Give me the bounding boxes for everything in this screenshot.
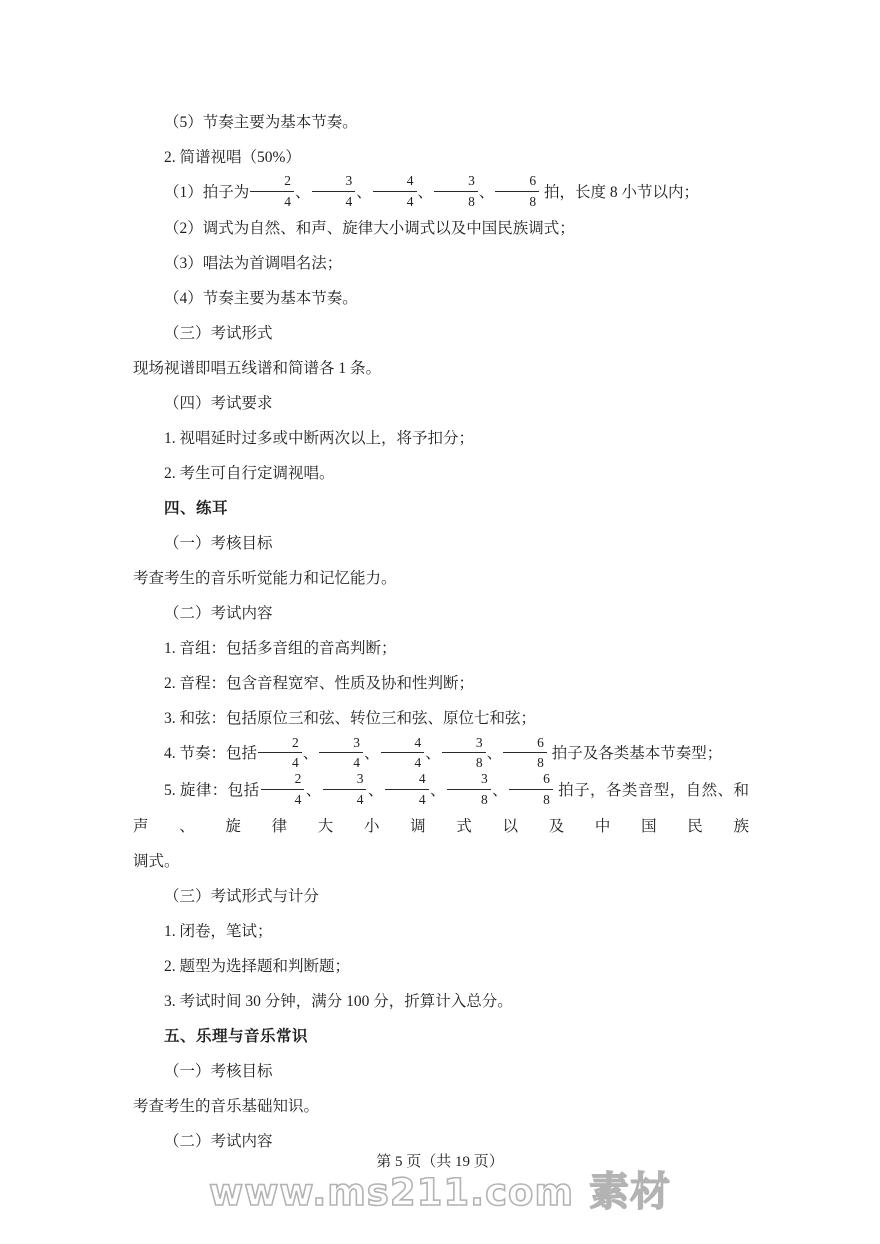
fraction-denominator: 4 (258, 753, 302, 771)
doc-paragraph: 1. 视唱延时过多或中断两次以上，将予扣分； (133, 421, 749, 456)
doc-paragraph: 5. 旋律：包括24、34、44、38、68 拍子，各类音型，自然、和声、旋律大… (133, 773, 749, 844)
doc-paragraph: 2. 音程：包含音程宽窄、性质及协和性判断； (133, 666, 749, 701)
text-segment: 、 (295, 184, 311, 201)
meter-fraction: 44 (373, 173, 417, 209)
text-segment: （一）考核目标 (164, 535, 273, 552)
fraction-denominator: 8 (503, 753, 547, 771)
text-segment: （5）节奏主要为基本节奏。 (164, 114, 358, 131)
text-segment: 考查考生的音乐听觉能力和记忆能力。 (133, 570, 397, 587)
text-segment: 2. 题型为选择题和判断题； (164, 958, 350, 975)
document-body: （5）节奏主要为基本节奏。2. 简谱视唱（50%）（1）拍子为24、34、44、… (133, 105, 749, 1159)
section-heading: 四、练耳 (133, 491, 749, 526)
meter-fraction: 44 (381, 735, 425, 771)
fraction-numerator: 2 (261, 771, 305, 790)
meter-fraction: 34 (323, 771, 367, 807)
doc-paragraph: （2）调式为自然、和声、旋律大小调式以及中国民族调式； (133, 211, 749, 246)
meter-fraction: 44 (385, 771, 429, 807)
fraction-denominator: 8 (509, 790, 553, 808)
text-segment: 3. 考试时间 30 分钟，满分 100 分，折算计入总分。 (164, 993, 513, 1010)
doc-paragraph: 2. 简谱视唱（50%） (133, 140, 749, 175)
doc-paragraph: 3. 考试时间 30 分钟，满分 100 分，折算计入总分。 (133, 984, 749, 1019)
text-segment: 1. 闭卷，笔试； (164, 923, 273, 940)
text-segment: 、 (479, 184, 495, 201)
text-segment: （三）考试形式 (164, 325, 273, 342)
fraction-denominator: 4 (250, 192, 294, 210)
fraction-numerator: 4 (381, 735, 425, 754)
text-segment: 1. 视唱延时过多或中断两次以上，将予扣分； (164, 430, 474, 447)
meter-fraction: 38 (447, 771, 491, 807)
fraction-numerator: 6 (503, 735, 547, 754)
text-segment: 、 (425, 745, 441, 762)
doc-paragraph: 2. 考生可自行定调视唱。 (133, 456, 749, 491)
doc-paragraph: 考查考生的音乐基础知识。 (133, 1089, 749, 1124)
fraction-denominator: 4 (373, 192, 417, 210)
text-segment: 拍子及各类基本节奏型； (548, 745, 722, 762)
meter-fraction: 38 (442, 735, 486, 771)
fraction-numerator: 6 (495, 173, 539, 192)
fraction-numerator: 3 (447, 771, 491, 790)
text-segment: 3. 和弦：包括原位三和弦、转位三和弦、原位七和弦； (164, 710, 536, 727)
doc-paragraph: （三）考试形式 (133, 316, 749, 351)
meter-fraction: 38 (434, 173, 478, 209)
fraction-denominator: 8 (442, 753, 486, 771)
text-segment: 、 (487, 745, 503, 762)
fraction-numerator: 3 (312, 173, 356, 192)
doc-paragraph: （5）节奏主要为基本节奏。 (133, 105, 749, 140)
text-segment: 、 (367, 782, 383, 799)
doc-paragraph: 现场视谱即唱五线谱和简谱各 1 条。 (133, 351, 749, 386)
meter-fraction: 34 (312, 173, 356, 209)
text-segment: 5. 旋律：包括 (164, 782, 260, 799)
text-segment: （3）唱法为首调唱名法； (164, 255, 342, 272)
text-segment: 、 (430, 782, 446, 799)
doc-paragraph: （1）拍子为24、34、44、38、68 拍，长度 8 小节以内； (133, 175, 749, 211)
doc-paragraph: （4）节奏主要为基本节奏。 (133, 281, 749, 316)
doc-paragraph: （一）考核目标 (133, 1054, 749, 1089)
doc-paragraph: （四）考试要求 (133, 386, 749, 421)
fraction-denominator: 4 (323, 790, 367, 808)
text-segment: 4. 节奏：包括 (164, 745, 257, 762)
text-segment: （1）拍子为 (164, 184, 249, 201)
text-segment: （2）调式为自然、和声、旋律大小调式以及中国民族调式； (164, 220, 575, 237)
doc-paragraph: 2. 题型为选择题和判断题； (133, 949, 749, 984)
doc-paragraph: 1. 闭卷，笔试； (133, 914, 749, 949)
fraction-numerator: 6 (509, 771, 553, 790)
text-segment: 2. 音程：包含音程宽窄、性质及协和性判断； (164, 675, 474, 692)
section-heading: 五、乐理与音乐常识 (133, 1019, 749, 1054)
text-segment: 、 (303, 745, 319, 762)
doc-paragraph: 4. 节奏：包括24、34、44、38、68 拍子及各类基本节奏型； (133, 736, 749, 772)
text-segment: 、 (418, 184, 434, 201)
meter-fraction: 24 (250, 173, 294, 209)
text-segment: 、 (356, 184, 372, 201)
text-segment: 、 (492, 782, 508, 799)
text-segment: 现场视谱即唱五线谱和简谱各 1 条。 (133, 360, 381, 377)
meter-fraction: 68 (503, 735, 547, 771)
fraction-numerator: 4 (385, 771, 429, 790)
text-segment: （一）考核目标 (164, 1063, 273, 1080)
doc-paragraph: （三）考试形式与计分 (133, 879, 749, 914)
meter-fraction: 24 (261, 771, 305, 807)
fraction-numerator: 4 (373, 173, 417, 192)
text-segment: 考查考生的音乐基础知识。 (133, 1098, 319, 1115)
fraction-denominator: 8 (495, 192, 539, 210)
fraction-denominator: 4 (261, 790, 305, 808)
fraction-numerator: 3 (323, 771, 367, 790)
text-segment: （二）考试内容 (164, 605, 273, 622)
text-segment: （四）考试要求 (164, 395, 273, 412)
fraction-denominator: 8 (447, 790, 491, 808)
text-segment: 五、乐理与音乐常识 (164, 1028, 308, 1045)
meter-fraction: 24 (258, 735, 302, 771)
text-segment: 、 (364, 745, 380, 762)
text-segment: 四、练耳 (164, 500, 228, 517)
fraction-numerator: 3 (319, 735, 363, 754)
text-segment: 1. 音组：包括多音组的音高判断； (164, 640, 397, 657)
fraction-numerator: 2 (258, 735, 302, 754)
fraction-denominator: 4 (319, 753, 363, 771)
fraction-denominator: 8 (434, 192, 478, 210)
meter-fraction: 68 (509, 771, 553, 807)
doc-paragraph: 考查考生的音乐听觉能力和记忆能力。 (133, 561, 749, 596)
doc-paragraph: 1. 音组：包括多音组的音高判断； (133, 631, 749, 666)
fraction-numerator: 3 (442, 735, 486, 754)
text-segment: 调式。 (133, 853, 180, 870)
doc-paragraph: 调式。 (133, 844, 749, 879)
fraction-numerator: 2 (250, 173, 294, 192)
text-segment: （三）考试形式与计分 (164, 888, 319, 905)
page-number: 第 5 页（共 19 页） (0, 1146, 880, 1178)
doc-paragraph: （3）唱法为首调唱名法； (133, 246, 749, 281)
document-page: （5）节奏主要为基本节奏。2. 简谱视唱（50%）（1）拍子为24、34、44、… (0, 0, 880, 1244)
fraction-numerator: 3 (434, 173, 478, 192)
text-segment: 2. 简谱视唱（50%） (164, 149, 301, 166)
meter-fraction: 34 (319, 735, 363, 771)
doc-paragraph: （一）考核目标 (133, 526, 749, 561)
meter-fraction: 68 (495, 173, 539, 209)
fraction-denominator: 4 (385, 790, 429, 808)
text-segment: 、 (305, 782, 321, 799)
doc-paragraph: 3. 和弦：包括原位三和弦、转位三和弦、原位七和弦； (133, 701, 749, 736)
text-segment: 拍，长度 8 小节以内； (540, 184, 699, 201)
fraction-denominator: 4 (312, 192, 356, 210)
text-segment: （4）节奏主要为基本节奏。 (164, 290, 358, 307)
text-segment: 2. 考生可自行定调视唱。 (164, 465, 335, 482)
fraction-denominator: 4 (381, 753, 425, 771)
doc-paragraph: （二）考试内容 (133, 596, 749, 631)
